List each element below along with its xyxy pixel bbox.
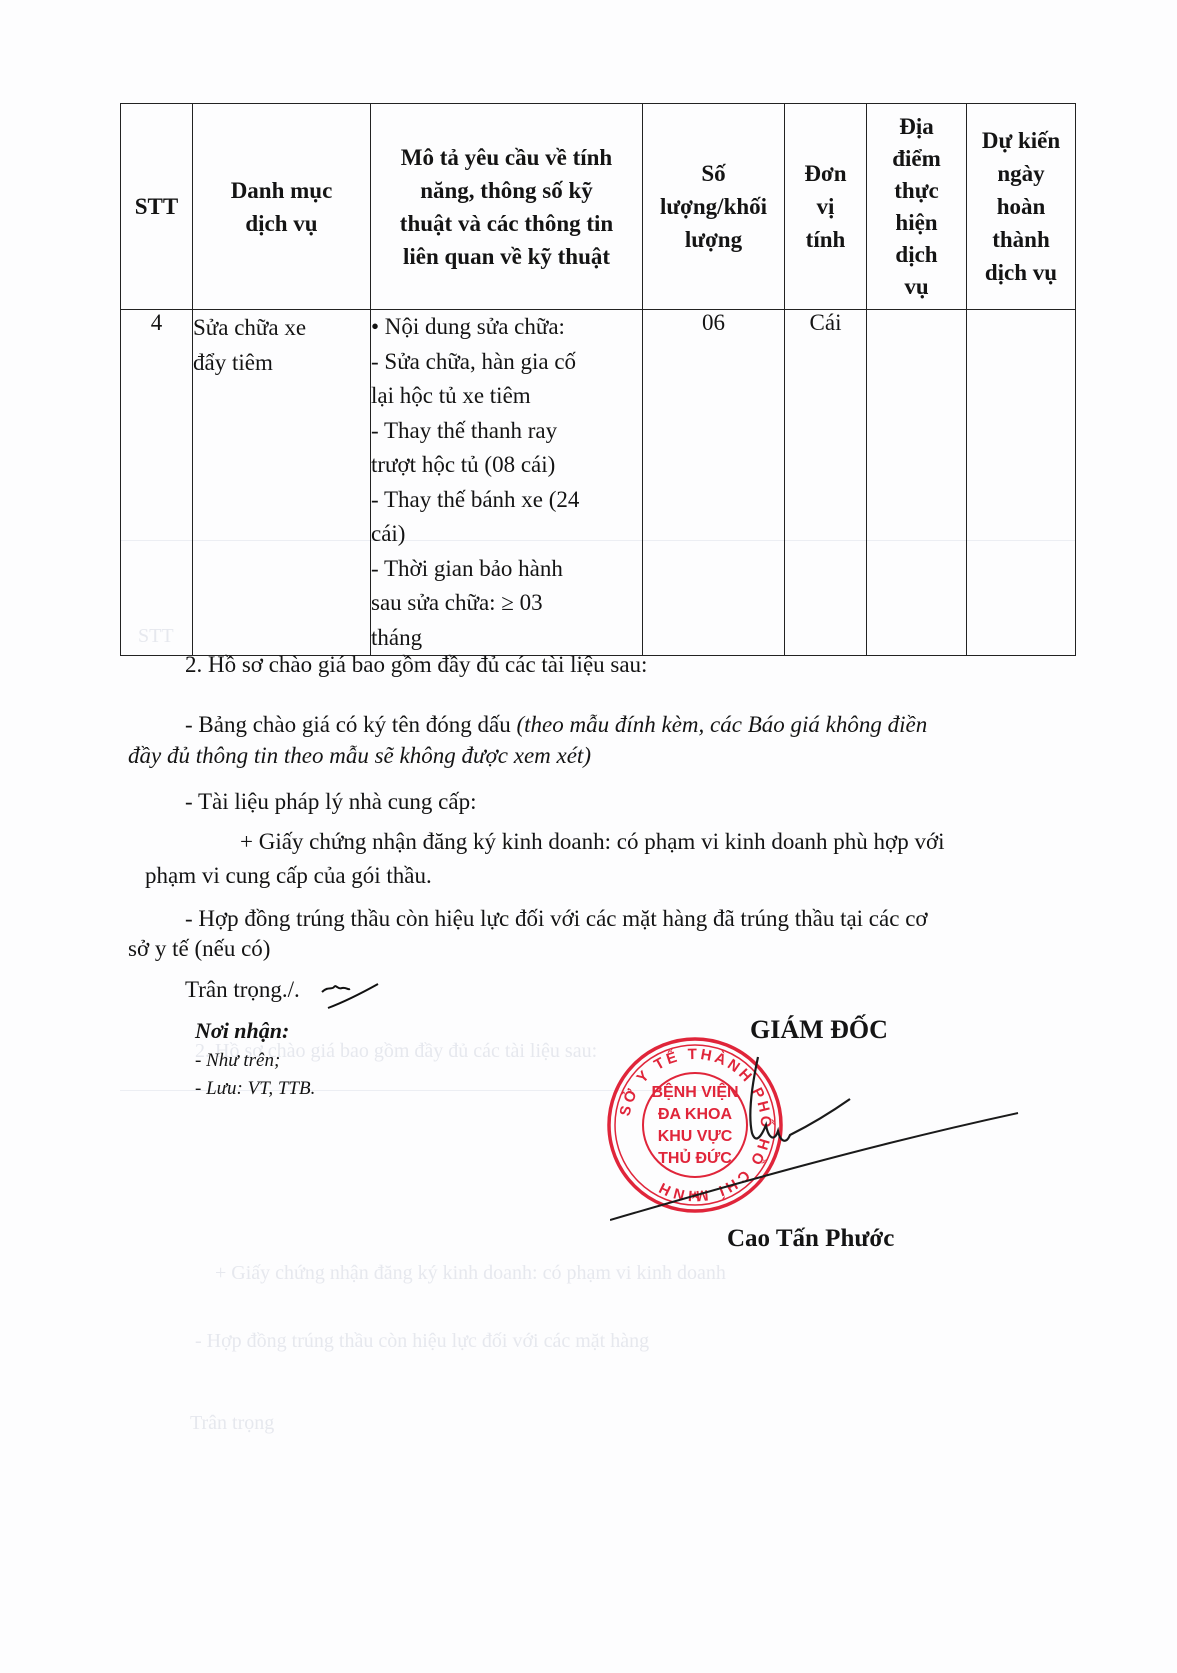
bleed-through-text: + Giấy chứng nhận đăng ký kinh doanh: có… — [215, 1262, 726, 1285]
recipient-item: - Lưu: VT, TTB. — [195, 1078, 315, 1100]
cell-unit: Cái — [785, 310, 867, 656]
header-text: điểm — [867, 143, 966, 175]
header-text: STT — [135, 194, 178, 219]
signer-name: Cao Tấn Phước — [727, 1225, 894, 1253]
description-line: tháng — [371, 621, 642, 656]
description-line: - Thay thế thanh ray — [371, 414, 642, 449]
header-text: năng, thông số kỹ — [371, 174, 642, 207]
requirement-subitem: + Giấy chứng nhận đăng ký kinh doanh: có… — [240, 829, 945, 855]
header-text: dịch vụ — [967, 256, 1075, 289]
description-line: - Thời gian bảo hành — [371, 552, 642, 587]
requirement-item-3: - Hợp đồng trúng thầu còn hiệu lực đối v… — [185, 906, 928, 932]
header-text: liên quan về kỹ thuật — [371, 240, 642, 273]
header-service: Danh mục dịch vụ — [193, 104, 371, 310]
header-description: Mô tả yêu cầu về tính năng, thông số kỹ … — [371, 104, 643, 310]
description-line: trượt hộc tủ (08 cái) — [371, 448, 642, 483]
table-row: 4 Sửa chữa xe đẩy tiêm • Nội dung sửa ch… — [121, 310, 1076, 656]
description-line: • Nội dung sửa chữa: — [371, 310, 642, 345]
table-header-row: STT Danh mục dịch vụ Mô tả yêu cầu về tí… — [121, 104, 1076, 310]
description-line: cái) — [371, 517, 642, 552]
requirement-note-cont: đầy đủ thông tin theo mẫu sẽ không được … — [128, 743, 591, 769]
cell-quantity: 06 — [643, 310, 785, 656]
cell-stt: 4 — [121, 310, 193, 656]
cell-location — [867, 310, 967, 656]
header-text: tính — [785, 223, 866, 256]
cell-service: Sửa chữa xe đẩy tiêm — [193, 310, 371, 656]
closing-text: Trân trọng./. — [185, 977, 300, 1003]
service-table: STT Danh mục dịch vụ Mô tả yêu cầu về tí… — [120, 103, 1076, 656]
requirement-item-3-cont: sở y tế (nếu có) — [128, 936, 270, 962]
requirement-subitem-cont: phạm vi cung cấp của gói thầu. — [145, 863, 432, 889]
cell-description: • Nội dung sửa chữa: - Sửa chữa, hàn gia… — [371, 310, 643, 656]
header-text: vụ — [867, 271, 966, 303]
header-text: lượng — [643, 223, 784, 256]
header-unit: Đơn vị tính — [785, 104, 867, 310]
header-text: dịch vụ — [193, 207, 370, 240]
handwritten-signature-icon — [610, 1055, 1020, 1225]
header-text: vị — [785, 190, 866, 223]
document-page: STT 2. Hồ sơ chào giá bao gồm đầy đủ các… — [0, 0, 1177, 1673]
cell-completion-date — [967, 310, 1076, 656]
description-line: - Sửa chữa, hàn gia cố — [371, 345, 642, 380]
header-text: thực — [867, 175, 966, 207]
section-2-heading: 2. Hồ sơ chào giá bao gồm đầy đủ các tài… — [185, 652, 647, 678]
header-text: thuật và các thông tin — [371, 207, 642, 240]
initial-mark-icon — [320, 978, 382, 1012]
header-completion-date: Dự kiến ngày hoàn thành dịch vụ — [967, 104, 1076, 310]
header-quantity: Số lượng/khối lượng — [643, 104, 785, 310]
header-text: Danh mục — [193, 174, 370, 207]
requirement-item-1: - Bảng chào giá có ký tên đóng dấu (theo… — [185, 712, 927, 738]
bleed-through-text: Trân trọng — [190, 1412, 274, 1435]
recipient-item: - Như trên; — [195, 1050, 280, 1072]
service-text: Sửa chữa xe — [193, 310, 370, 345]
service-text: đẩy tiêm — [193, 345, 370, 380]
header-text: hoàn — [967, 190, 1075, 223]
header-text: Địa — [867, 111, 966, 143]
header-text: dịch — [867, 239, 966, 271]
requirement-item-2: - Tài liệu pháp lý nhà cung cấp: — [185, 789, 476, 815]
description-line: lại hộc tủ xe tiêm — [371, 379, 642, 414]
recipients-title: Nơi nhận: — [195, 1018, 289, 1044]
requirement-note: (theo mẫu đính kèm, các Báo giá không đi… — [517, 712, 928, 737]
description-line: sau sửa chữa: ≥ 03 — [371, 586, 642, 621]
header-location: Địa điểm thực hiện dịch vụ — [867, 104, 967, 310]
description-line: - Thay thế bánh xe (24 — [371, 483, 642, 518]
header-text: thành — [967, 223, 1075, 256]
header-text: Dự kiến — [967, 124, 1075, 157]
header-text: hiện — [867, 207, 966, 239]
bleed-through-text: - Hợp đồng trúng thầu còn hiệu lực đối v… — [195, 1330, 649, 1353]
header-text: Đơn — [785, 157, 866, 190]
header-stt: STT — [121, 104, 193, 310]
header-text: lượng/khối — [643, 190, 784, 223]
header-text: Số — [643, 157, 784, 190]
header-text: ngày — [967, 157, 1075, 190]
requirement-text: - Bảng chào giá có ký tên đóng dấu — [185, 712, 517, 737]
header-text: Mô tả yêu cầu về tính — [371, 141, 642, 174]
